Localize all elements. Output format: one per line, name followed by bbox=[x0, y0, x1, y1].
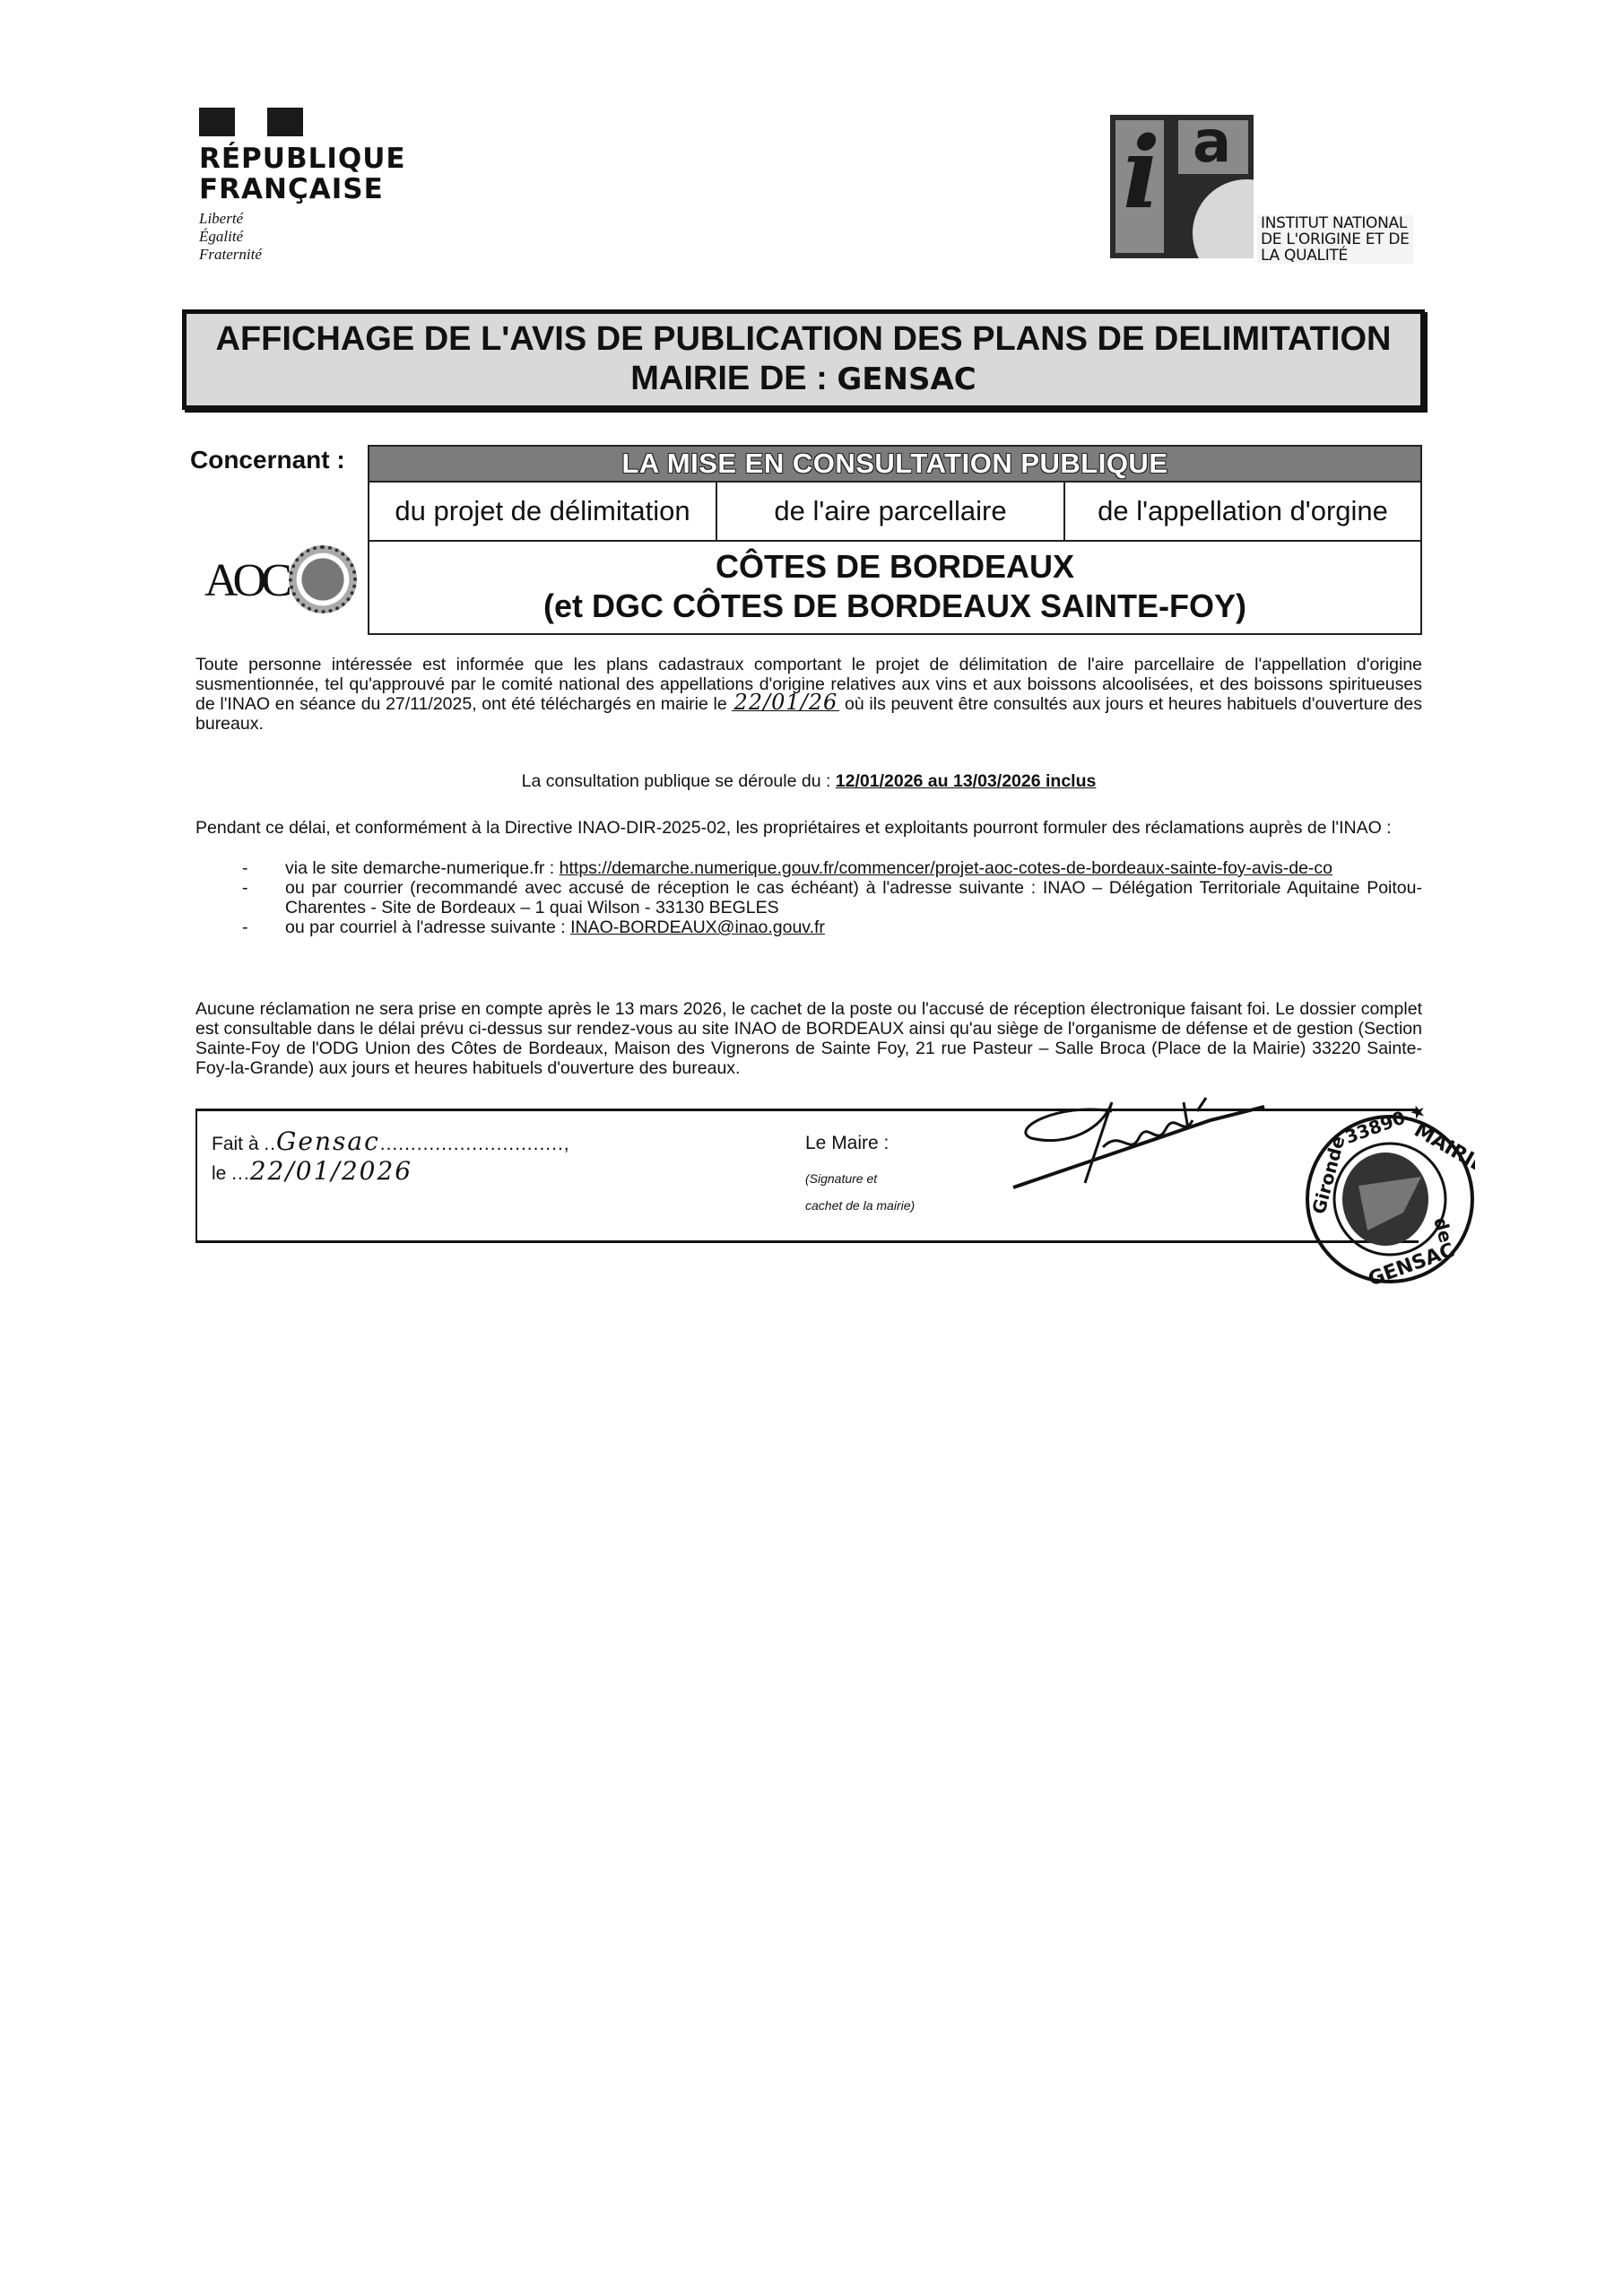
inao-logo-icon: i a bbox=[1110, 115, 1254, 258]
aoc-logos: AOC bbox=[188, 538, 359, 628]
rf-motto: Liberté Égalité Fraternité bbox=[199, 210, 414, 264]
motto-egalite: Égalité bbox=[199, 228, 414, 246]
dossier-paragraph: Aucune réclamation ne sera prise en comp… bbox=[195, 999, 1422, 1078]
aop-seal-icon bbox=[289, 545, 357, 613]
date-value: 22/01/2026 bbox=[250, 1156, 412, 1186]
mayor-signature-icon bbox=[1004, 1093, 1300, 1201]
rf-name-line2: FRANÇAISE bbox=[199, 174, 414, 204]
maire-instructions: (Signature et cachet de la mairie) bbox=[805, 1165, 915, 1219]
signature-block: Fait à ..Gensac.........................… bbox=[195, 1109, 1419, 1243]
consultation-dates: 12/01/2026 au 13/03/2026 inclus bbox=[836, 771, 1097, 791]
consultation-label: La consultation publique se déroule du : bbox=[522, 771, 836, 791]
inao-line3: LA QUALITÉ bbox=[1261, 248, 1410, 264]
motto-liberte: Liberté bbox=[199, 210, 414, 228]
svg-text:GENSAC: GENSAC bbox=[1366, 1239, 1458, 1291]
column-projet: du projet de délimitation bbox=[369, 483, 717, 540]
consultation-header: LA MISE EN CONSULTATION PUBLIQUE bbox=[369, 447, 1420, 481]
column-aire: de l'aire parcellaire bbox=[717, 483, 1065, 540]
reclamation-methods: - via le site demarche-numerique.fr : ht… bbox=[195, 858, 1422, 937]
mairie-line: MAIRIE DE : GENSAC bbox=[187, 359, 1420, 399]
demarche-link[interactable]: https://demarche.numerique.gouv.fr/comme… bbox=[560, 858, 1332, 878]
inao-name: INSTITUT NATIONAL DE L'ORIGINE ET DE LA … bbox=[1257, 215, 1413, 264]
concernant-label: Concernant : bbox=[190, 446, 345, 474]
svg-text:MAIRIE: MAIRIE bbox=[1410, 1119, 1475, 1178]
document-title: AFFICHAGE DE L'AVIS DE PUBLICATION DES P… bbox=[187, 319, 1420, 359]
marianne-icon bbox=[199, 108, 414, 136]
inao-line2: DE L'ORIGINE ET DE bbox=[1261, 231, 1410, 248]
appellation-name: CÔTES DE BORDEAUX (et DGC CÔTES DE BORDE… bbox=[369, 542, 1420, 633]
rf-name-line1: RÉPUBLIQUE bbox=[199, 143, 414, 174]
information-paragraph: Toute personne intéressée est informée q… bbox=[195, 655, 1422, 734]
concernant-columns: du projet de délimitation de l'aire parc… bbox=[369, 481, 1420, 542]
mairie-label: MAIRIE DE : bbox=[630, 360, 837, 397]
svg-text:de: de bbox=[1429, 1215, 1456, 1245]
list-item: - ou par courriel à l'adresse suivante :… bbox=[195, 918, 1422, 937]
aoc-logo-icon: AOC bbox=[204, 554, 287, 607]
fait-a-value: Gensac bbox=[276, 1126, 380, 1156]
email-link[interactable]: INAO-BORDEAUX@inao.gouv.fr bbox=[570, 918, 825, 937]
fait-a: Fait à ..Gensac.........................… bbox=[212, 1131, 570, 1185]
concernant-table: LA MISE EN CONSULTATION PUBLIQUE du proj… bbox=[368, 445, 1422, 635]
list-item: - via le site demarche-numerique.fr : ht… bbox=[195, 858, 1422, 878]
reclamation-paragraph: Pendant ce délai, et conformément à la D… bbox=[195, 818, 1422, 838]
document-title-box: AFFICHAGE DE L'AVIS DE PUBLICATION DES P… bbox=[182, 309, 1425, 410]
motto-fraternite: Fraternité bbox=[199, 246, 414, 264]
consultation-period: La consultation publique se déroule du :… bbox=[195, 771, 1422, 792]
mairie-stamp-icon: MAIRIE de GENSAC Gironde 33890 ★ bbox=[1296, 1105, 1475, 1293]
appellation-line1: CÔTES DE BORDEAUX bbox=[369, 547, 1420, 587]
maire-label: Le Maire : bbox=[805, 1133, 889, 1154]
republique-francaise-logo: RÉPUBLIQUE FRANÇAISE Liberté Égalité Fra… bbox=[199, 108, 414, 264]
inao-line1: INSTITUT NATIONAL bbox=[1261, 215, 1410, 231]
column-appellation: de l'appellation d'orgine bbox=[1065, 483, 1420, 540]
list-item: - ou par courrier (recommandé avec accus… bbox=[195, 878, 1422, 918]
commune-name: GENSAC bbox=[837, 361, 976, 397]
handwritten-date: 22/01/26 bbox=[732, 694, 839, 711]
appellation-line2: (et DGC CÔTES DE BORDEAUX SAINTE-FOY) bbox=[369, 587, 1420, 626]
